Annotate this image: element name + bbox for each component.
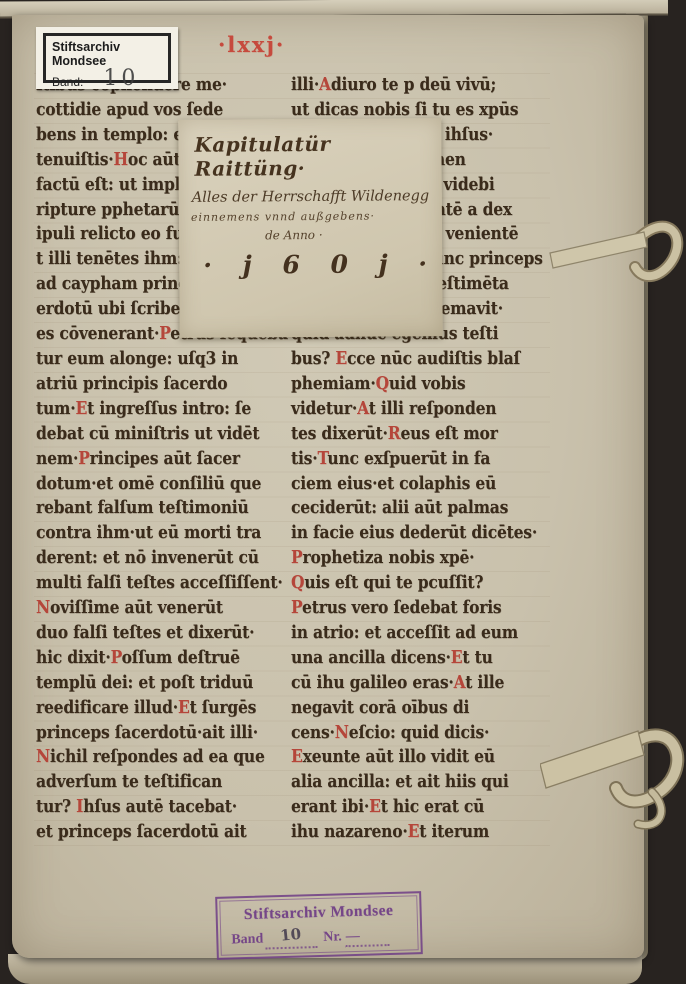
rubric-initial: N [36,746,50,767]
manuscript-line: derent: et nō invenerūt cū [36,546,288,571]
manuscript-line: cens·Neſcio: quid dicis· [291,721,543,746]
manuscript-line: ihu nazareno·Et iterum [291,820,543,845]
rubric-initial: N [335,722,349,743]
archive-sticker: Stiftsarchiv Mondsee Band: 10 [36,27,178,89]
manuscript-line: nem·Principes aūt ſacer [36,447,288,472]
manuscript-line: debat cū miniſtris ut vidēt [36,422,288,447]
binding-tie-bottom [540,710,686,840]
rubric-initial: E [369,796,381,817]
rubric-initial: Q [376,373,389,394]
manuscript-line: duo falſi teſtes et dixerūt· [36,621,288,646]
manuscript-line: tes dixerūt·Reus eſt mor [291,422,543,447]
manuscript-line: tis·Tunc exſpuerūt in fa [291,447,543,472]
manuscript-line: contra ihm·ut eū morti tra [36,521,288,546]
rubric-initial: H [113,149,127,170]
manuscript-line: negavit corā oībus di [291,696,543,721]
rubric-initial: P [159,323,170,344]
manuscript-line: Petrus vero ſedebat foris [291,596,543,621]
manuscript-line: templū dei: et poſt triduū [36,671,288,696]
paste-label-line2: Alles der Herrschafft Wildenegg [192,188,442,206]
manuscript-line: Prophetiza nobis xpē· [291,546,543,571]
folio-number: ·lxxj· [218,32,285,57]
archive-stamp: Stiftsarchiv Mondsee Band 10 Nr. — [215,891,423,960]
manuscript-line: ciem eius·et colaphis eū [291,472,543,497]
stamp-nr-label: Nr. [323,929,342,946]
rubric-initial: R [388,423,401,444]
manuscript-line: Nichil reſpondes ad ea que [36,745,288,770]
rubric-initial: A [357,398,369,419]
pasted-title-label: Kapitulatür Raittüng· Alles der Herrscha… [178,118,443,338]
paste-label-line3: einnemens vnnd außgebens· [191,209,442,224]
manuscript-line: alia ancilla: et ait hiis qui [291,770,543,795]
stamp-band-line: 10 [265,927,318,949]
manuscript-line: dotum·et omē conſiliū que [36,472,288,497]
manuscript-line: bus? Ecce nūc audiſtis blaſ [291,347,543,372]
rubric-initial: N [36,597,50,618]
manuscript-line: in facie eius dederūt dicētes· [291,521,543,546]
archive-sticker-band-label: Band: [52,75,83,89]
manuscript-line: una ancilla dicens·Et tu [291,646,543,671]
manuscript-line: videtur·At illi reſponden [291,397,543,422]
rubric-initial: P [111,647,122,668]
rubric-initial: P [291,547,302,568]
paste-label-year: · j 6 0 j · [203,249,442,280]
stamp-nr-value: — [346,929,360,944]
manuscript-line: Exeunte aūt illo vidit eū [291,745,543,770]
rubric-initial: T [317,448,327,469]
paste-label-title: Kapitulatür Raittüng· [194,131,433,181]
rubric-initial: E [291,746,303,767]
archive-sticker-band-row: Band: 10 [52,69,162,89]
manuscript-line: in atrio: et acceſſit ad eum [291,621,543,646]
manuscript-line: multi falſi teſtes acceſſiſſent· [36,571,288,596]
archive-sticker-frame: Stiftsarchiv Mondsee Band: 10 [43,33,171,83]
archive-sticker-band-number: 10 [103,69,139,89]
paste-label-line4: de Anno · [265,227,442,242]
book-cover-bottom-edge [8,954,642,984]
manuscript-line: tum·Et ingreſſus intro: ſe [36,397,288,422]
manuscript-line: tur eum alonge: uſq3 in [36,347,288,372]
rubric-initial: Q [291,572,304,593]
manuscript-line: Noviſſime aūt venerūt [36,596,288,621]
binding-tie-top [548,205,686,313]
rubric-initial: P [291,597,302,618]
stamp-band-number: 10 [280,925,303,945]
rubric-initial: E [178,697,190,718]
rubric-initial: E [408,821,420,842]
manuscript-line: Quis eſt qui te pcuſſit? [291,571,543,596]
rubric-initial: P [78,448,89,469]
archive-sticker-title: Stiftsarchiv Mondsee [52,40,162,68]
manuscript-line: atriū principis ſacerdo [36,372,288,397]
manuscript-line: hic dixit·Poſſum deſtruē [36,646,288,671]
stamp-band-label: Band [231,932,263,949]
manuscript-line: illi·Adiuro te p deū vivū; [291,73,543,98]
manuscript-line: et princeps ſacerdotū ait [36,820,288,845]
manuscript-line: tur? Ihſus autē tacebat· [36,795,288,820]
rubric-initial: E [75,398,87,419]
rubric-initial: E [335,348,347,369]
manuscript-line: reedificare illud·Et ſurgēs [36,696,288,721]
manuscript-line: adverſum te teſtifican [36,770,288,795]
rubric-initial: I [76,796,83,817]
manuscript-line: phemiam·Quid vobis [291,372,543,397]
manuscript-line: rebant falſum teſtimoniū [36,496,288,521]
manuscript-line: cū ihu galileo eras·At ille [291,671,543,696]
rubric-initial: E [451,647,463,668]
rubric-initial: A [454,672,466,693]
manuscript-line: erant ibi·Et hic erat cū [291,795,543,820]
rubric-initial: A [319,74,331,95]
manuscript-line: ceciderūt: alii aūt palmas [291,496,543,521]
manuscript-line: princeps ſacerdotū·ait illi· [36,721,288,746]
stamp-nr-line: — [346,928,390,947]
photographed-manuscript: ſtibus cōphendere me·cottidie apud vos ſ… [0,0,686,984]
